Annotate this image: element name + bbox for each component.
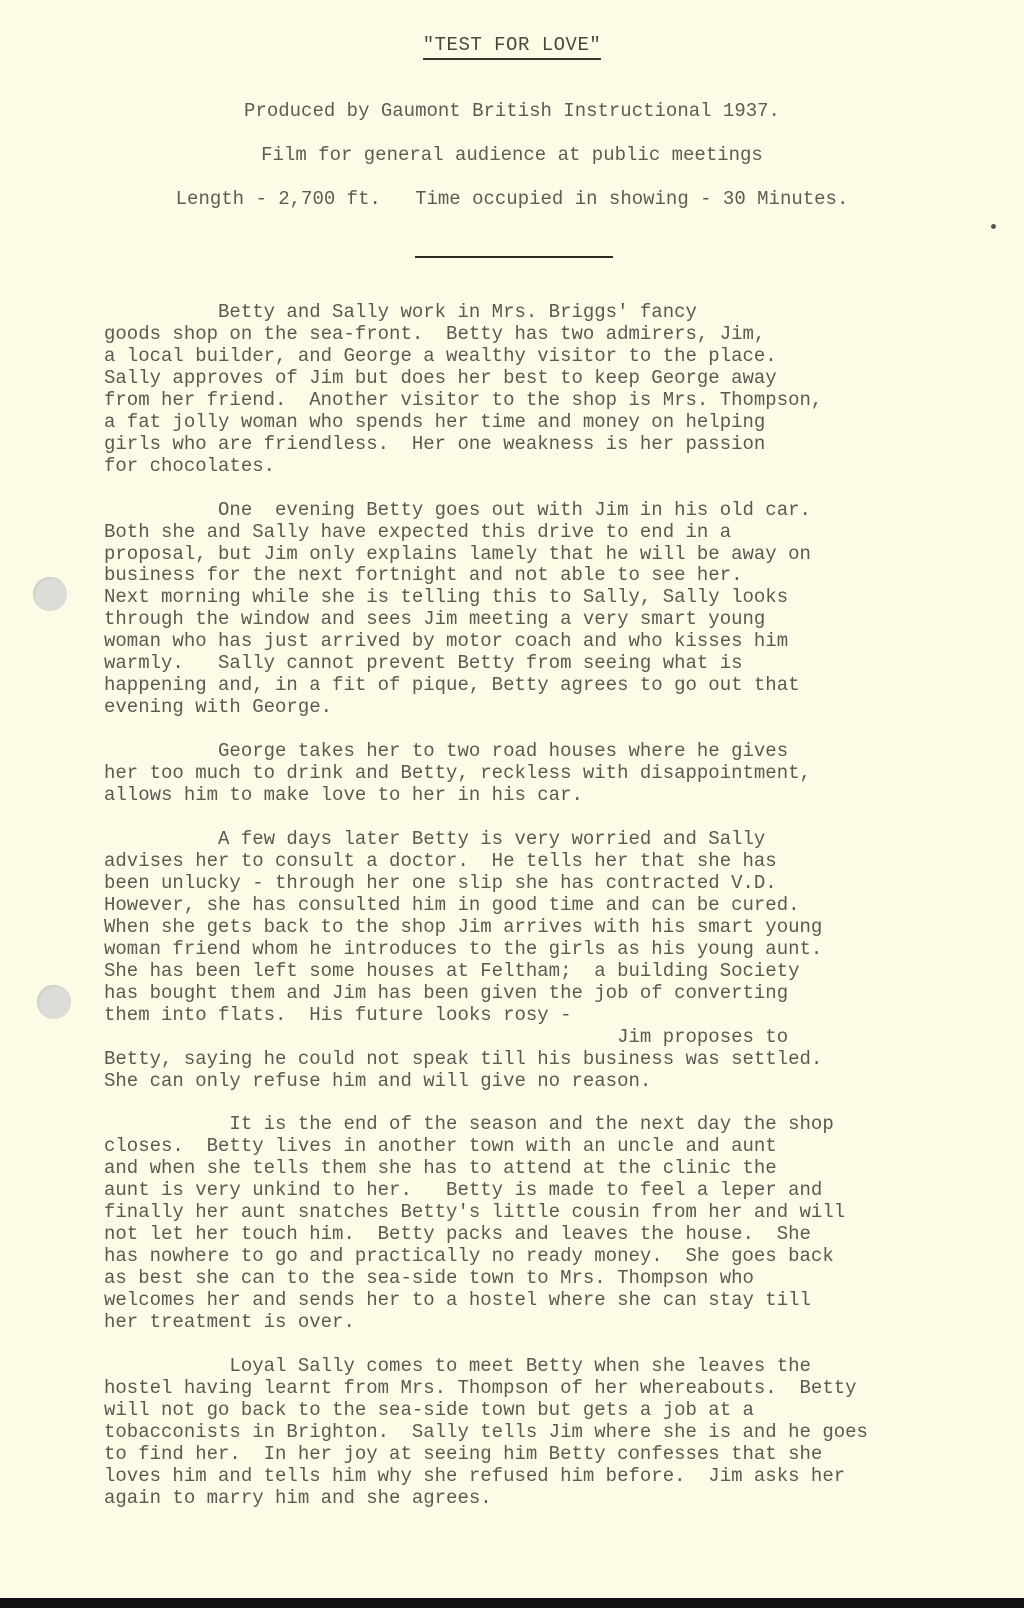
text-line: happening and, in a fit of pique, Betty … — [104, 675, 994, 697]
text-line: She has been left some houses at Feltham… — [104, 961, 994, 983]
synopsis-body: Betty and Sally work in Mrs. Briggs' fan… — [104, 302, 994, 1532]
text-line: girls who are friendless. Her one weakne… — [104, 434, 994, 456]
text-line: will not go back to the sea-side town bu… — [104, 1400, 994, 1422]
synopsis-paragraph: George takes her to two road houses wher… — [104, 741, 994, 807]
text-line: A few days later Betty is very worried a… — [104, 829, 994, 851]
text-line: hostel having learnt from Mrs. Thompson … — [104, 1378, 994, 1400]
text-line: welcomes her and sends her to a hostel w… — [104, 1290, 994, 1312]
text-line: It is the end of the season and the next… — [104, 1114, 994, 1136]
text-line: Both she and Sally have expected this dr… — [104, 522, 994, 544]
scan-edge — [0, 1598, 1024, 1608]
section-divider — [415, 256, 613, 258]
text-line: woman friend whom he introduces to the g… — [104, 939, 994, 961]
text-line: has nowhere to go and practically no rea… — [104, 1246, 994, 1268]
document-page: "TEST FOR LOVE" Produced by Gaumont Brit… — [0, 0, 1024, 1598]
synopsis-paragraph: Betty and Sally work in Mrs. Briggs' fan… — [104, 302, 994, 478]
text-line: Jim proposes to — [104, 1027, 994, 1049]
text-line: and when she tells them she has to atten… — [104, 1158, 994, 1180]
text-line: them into flats. His future looks rosy - — [104, 1005, 994, 1027]
text-line: Betty and Sally work in Mrs. Briggs' fan… — [104, 302, 994, 324]
text-line: However, she has consulted him in good t… — [104, 895, 994, 917]
document-title: "TEST FOR LOVE" — [0, 34, 1024, 56]
text-line: tobacconists in Brighton. Sally tells Ji… — [104, 1422, 994, 1444]
text-line: loves him and tells him why she refused … — [104, 1466, 994, 1488]
text-line: through the window and sees Jim meeting … — [104, 609, 994, 631]
text-line: Next morning while she is telling this t… — [104, 587, 994, 609]
length-and-runtime: Length - 2,700 ft. Time occupied in show… — [0, 188, 1024, 210]
text-line: her treatment is over. — [104, 1312, 994, 1334]
synopsis-paragraph: It is the end of the season and the next… — [104, 1114, 994, 1334]
synopsis-paragraph: A few days later Betty is very worried a… — [104, 829, 994, 1092]
text-line: closes. Betty lives in another town with… — [104, 1136, 994, 1158]
text-line: evening with George. — [104, 697, 994, 719]
punch-hole-lower — [37, 985, 71, 1019]
text-line: warmly. Sally cannot prevent Betty from … — [104, 653, 994, 675]
text-line: been unlucky - through her one slip she … — [104, 873, 994, 895]
text-line: from her friend. Another visitor to the … — [104, 390, 994, 412]
text-line: as best she can to the sea-side town to … — [104, 1268, 994, 1290]
text-line: allows him to make love to her in his ca… — [104, 785, 994, 807]
text-line: When she gets back to the shop Jim arriv… — [104, 917, 994, 939]
title-text: "TEST FOR LOVE" — [423, 34, 602, 60]
text-line: aunt is very unkind to her. Betty is mad… — [104, 1180, 994, 1202]
text-line: a fat jolly woman who spends her time an… — [104, 412, 994, 434]
synopsis-paragraph: One evening Betty goes out with Jim in h… — [104, 500, 994, 720]
text-line: woman who has just arrived by motor coac… — [104, 631, 994, 653]
text-line: Loyal Sally comes to meet Betty when she… — [104, 1356, 994, 1378]
text-line: She can only refuse him and will give no… — [104, 1071, 994, 1093]
text-line: not let her touch him. Betty packs and l… — [104, 1224, 994, 1246]
text-line: One evening Betty goes out with Jim in h… — [104, 500, 994, 522]
text-line: Sally approves of Jim but does her best … — [104, 368, 994, 390]
text-line: goods shop on the sea-front. Betty has t… — [104, 324, 994, 346]
text-line: her too much to drink and Betty, reckles… — [104, 763, 994, 785]
text-line: has bought them and Jim has been given t… — [104, 983, 994, 1005]
text-line: proposal, but Jim only explains lamely t… — [104, 544, 994, 566]
text-line: George takes her to two road houses wher… — [104, 741, 994, 763]
text-line: business for the next fortnight and not … — [104, 565, 994, 587]
text-line: a local builder, and George a wealthy vi… — [104, 346, 994, 368]
text-line: for chocolates. — [104, 456, 994, 478]
text-line: advises her to consult a doctor. He tell… — [104, 851, 994, 873]
text-line: Betty, saying he could not speak till hi… — [104, 1049, 994, 1071]
text-line: to find her. In her joy at seeing him Be… — [104, 1444, 994, 1466]
text-line: again to marry him and she agrees. — [104, 1488, 994, 1510]
punch-hole-upper — [33, 577, 67, 611]
ink-speck — [991, 224, 996, 229]
audience-note: Film for general audience at public meet… — [0, 144, 1024, 166]
text-line: finally her aunt snatches Betty's little… — [104, 1202, 994, 1224]
production-credit: Produced by Gaumont British Instructiona… — [0, 100, 1024, 122]
synopsis-paragraph: Loyal Sally comes to meet Betty when she… — [104, 1356, 994, 1510]
